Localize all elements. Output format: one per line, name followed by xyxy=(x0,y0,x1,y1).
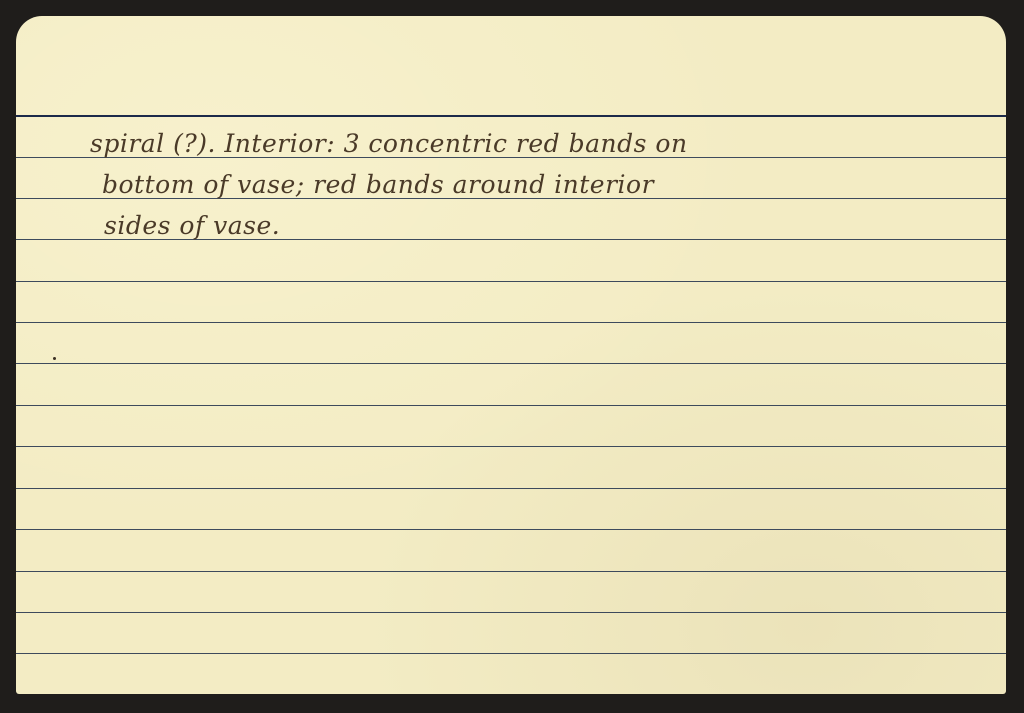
ruled-line xyxy=(16,446,1006,447)
ruled-line xyxy=(16,322,1006,323)
handwriting-line-1: spiral (?). Interior: 3 concentric red b… xyxy=(90,129,688,158)
ruled-line xyxy=(16,488,1006,489)
ruled-line xyxy=(16,405,1006,406)
header-rule xyxy=(16,115,1006,117)
ink-speck xyxy=(53,357,56,360)
ruled-line xyxy=(16,363,1006,364)
handwriting-line-2: bottom of vase; red bands around interio… xyxy=(102,170,654,199)
ruled-line xyxy=(16,571,1006,572)
ruled-line xyxy=(16,653,1006,654)
index-card: spiral (?). Interior: 3 concentric red b… xyxy=(16,16,1006,694)
ruled-line xyxy=(16,281,1006,282)
ruled-line xyxy=(16,612,1006,613)
ruled-line xyxy=(16,529,1006,530)
handwriting-line-3: sides of vase. xyxy=(104,211,280,240)
